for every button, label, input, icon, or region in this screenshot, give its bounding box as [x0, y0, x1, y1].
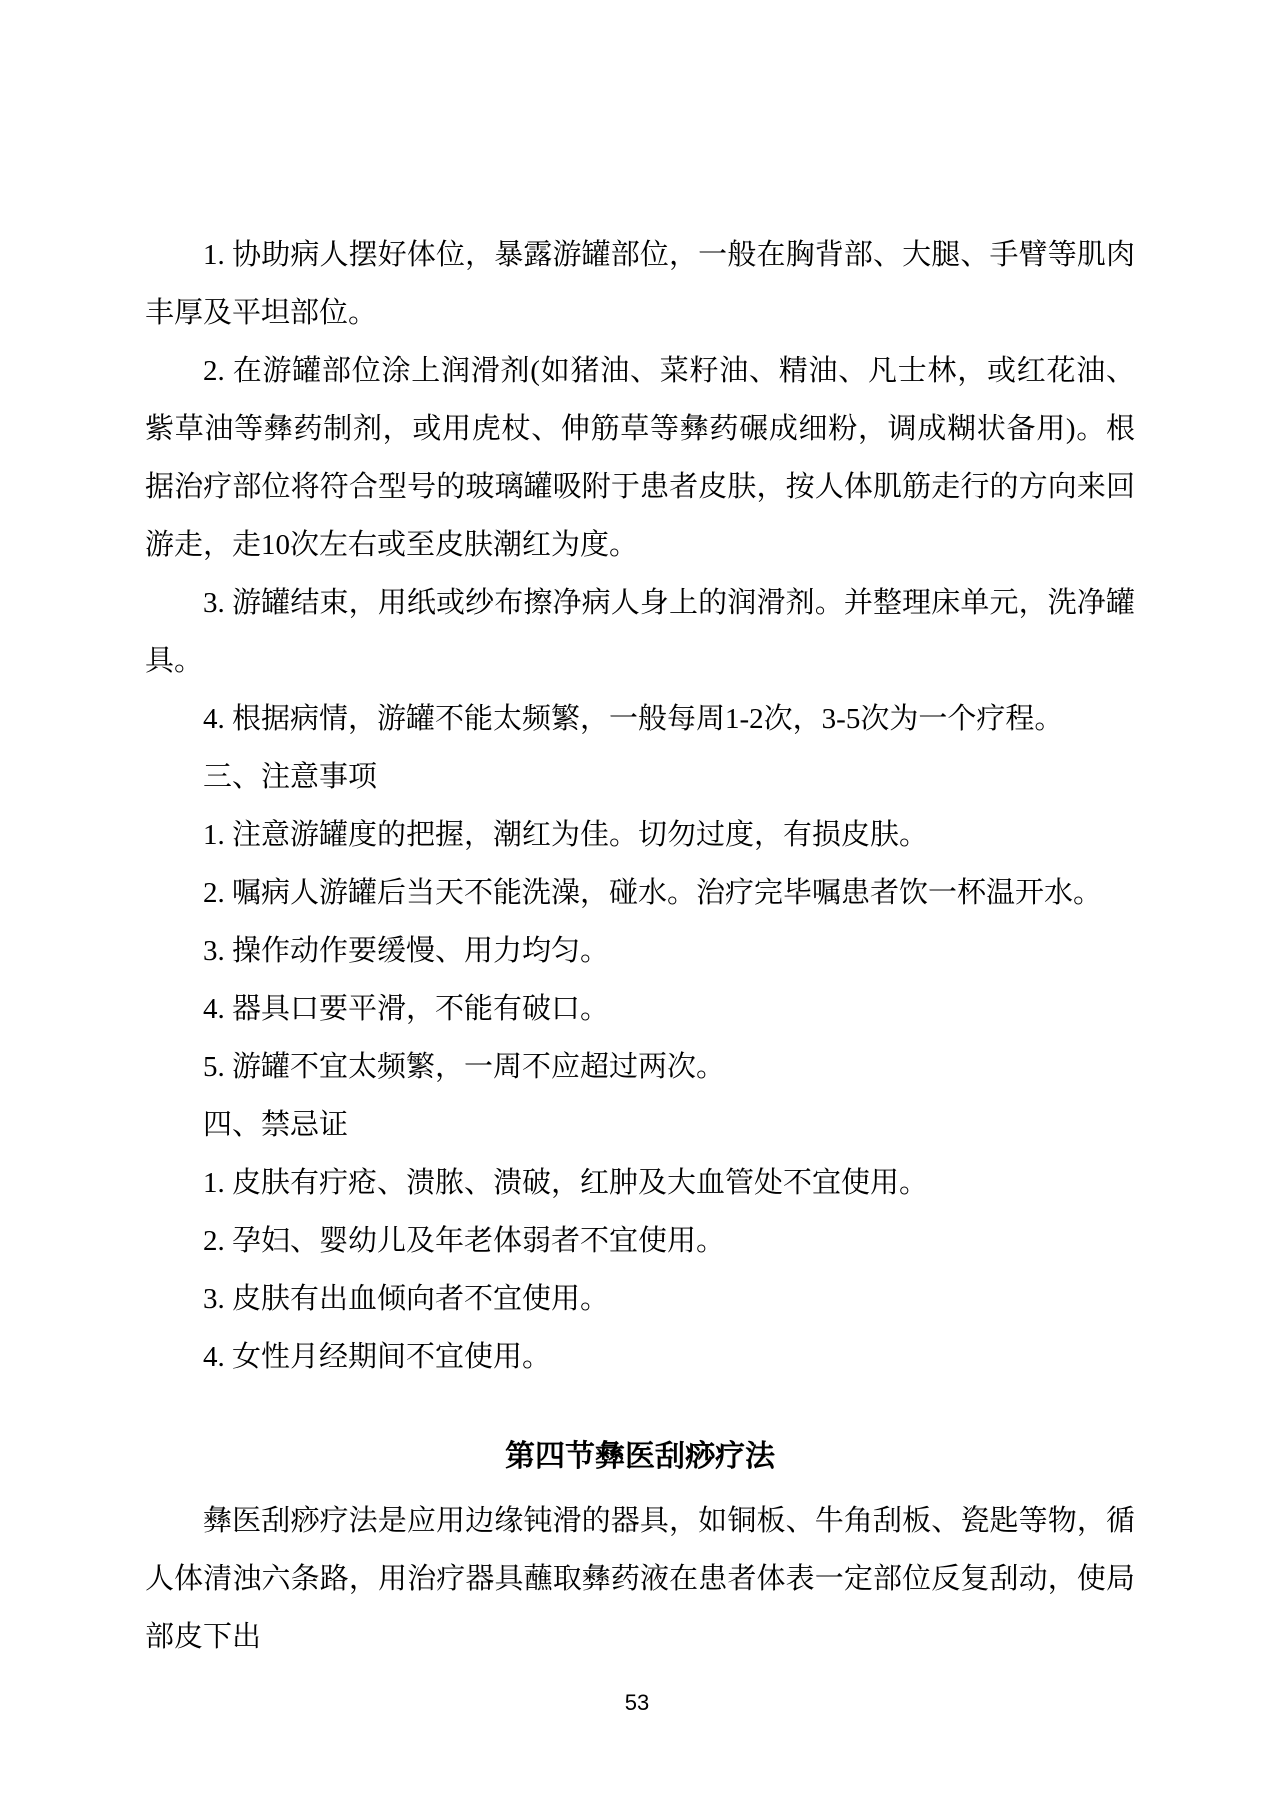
paragraph: 3. 皮肤有出血倾向者不宜使用。: [145, 1270, 1135, 1328]
section-heading: 第四节彝医刮痧疗法: [145, 1428, 1135, 1486]
paragraph: 1. 注意游罐度的把握，潮红为佳。切勿过度，有损皮肤。: [145, 806, 1135, 864]
page-number: 53: [0, 1690, 1274, 1716]
paragraph: 2. 嘱病人游罐后当天不能洗澡，碰水。治疗完毕嘱患者饮一杯温开水。: [145, 864, 1135, 922]
paragraph: 三、注意事项: [145, 748, 1135, 806]
paragraph: 4. 根据病情，游罐不能太频繁，一般每周1-2次，3-5次为一个疗程。: [145, 690, 1135, 748]
document-body: 1. 协助病人摆好体位，暴露游罐部位，一般在胸背部、大腿、手臂等肌肉丰厚及平坦部…: [145, 226, 1135, 1666]
paragraph: 2. 孕妇、婴幼儿及年老体弱者不宜使用。: [145, 1212, 1135, 1270]
paragraph: 5. 游罐不宜太频繁，一周不应超过两次。: [145, 1038, 1135, 1096]
paragraph: 1. 协助病人摆好体位，暴露游罐部位，一般在胸背部、大腿、手臂等肌肉丰厚及平坦部…: [145, 226, 1135, 342]
paragraph: 3. 游罐结束，用纸或纱布擦净病人身上的润滑剂。并整理床单元，洗净罐具。: [145, 574, 1135, 690]
paragraph: 3. 操作动作要缓慢、用力均匀。: [145, 922, 1135, 980]
paragraph: 4. 女性月经期间不宜使用。: [145, 1328, 1135, 1386]
paragraph: 彝医刮痧疗法是应用边缘钝滑的器具，如铜板、牛角刮板、瓷匙等物，循人体清浊六条路，…: [145, 1492, 1135, 1666]
paragraph: 1. 皮肤有疔疮、溃脓、溃破，红肿及大血管处不宜使用。: [145, 1154, 1135, 1212]
paragraph: 4. 器具口要平滑，不能有破口。: [145, 980, 1135, 1038]
paragraph: 四、禁忌证: [145, 1096, 1135, 1154]
document-page: 1. 协助病人摆好体位，暴露游罐部位，一般在胸背部、大腿、手臂等肌肉丰厚及平坦部…: [0, 0, 1274, 1801]
paragraph: 2. 在游罐部位涂上润滑剂(如猪油、菜籽油、精油、凡士林，或红花油、紫草油等彝药…: [145, 342, 1135, 574]
